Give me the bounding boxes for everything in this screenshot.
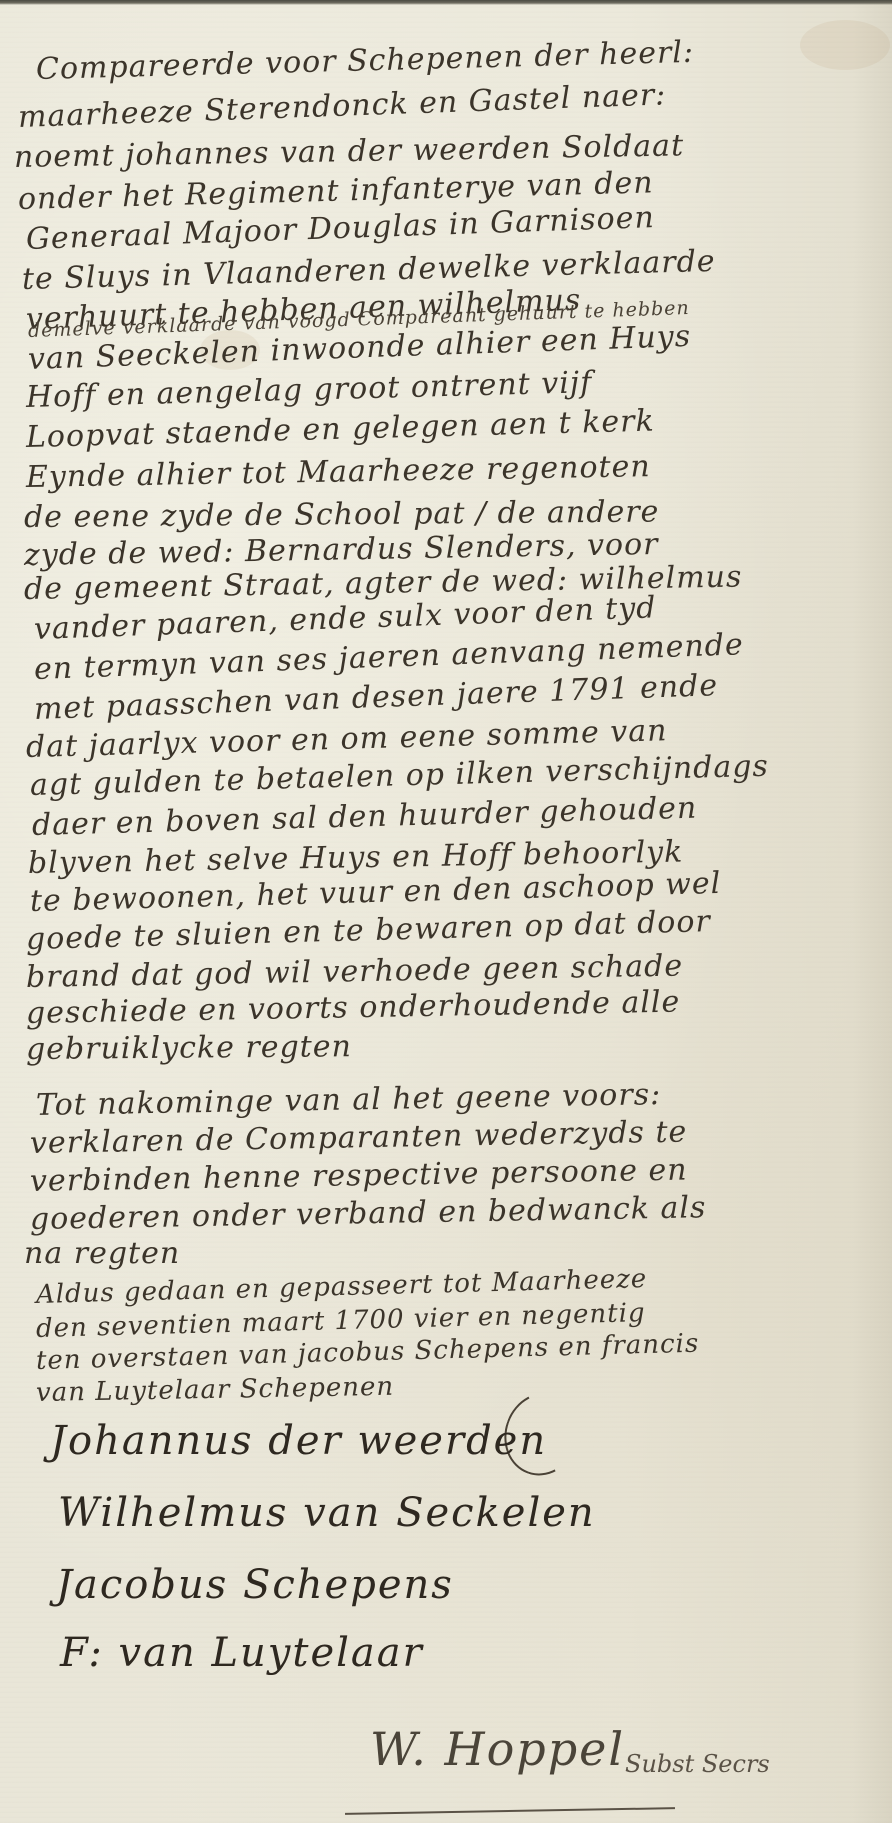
manuscript-page: Compareerde voor Schepenen der heerl: ma… — [0, 0, 892, 1823]
body-line-11: Eynde alhier tot Maarheeze regenoten — [26, 449, 651, 495]
signature-4: F: van Luytelaar — [60, 1630, 424, 1676]
clerk-title: Subst Secrs — [625, 1750, 770, 1778]
clerk-signature: W. Hoppel — [370, 1722, 625, 1776]
body-line-26: gebruiklycke regten — [26, 1029, 352, 1067]
body-line-2: maarheeze Sterendonck en Gastel naer: — [17, 77, 666, 135]
page-binding-shade — [852, 0, 892, 1823]
paper-stain — [800, 20, 890, 70]
execution-line-4: van Luytelaar Schepenen — [36, 1372, 395, 1408]
signature-2: Wilhelmus van Seckelen — [58, 1490, 596, 1536]
page-top-edge — [0, 0, 892, 5]
closing-line-5: na regten — [24, 1236, 180, 1271]
signature-3: Jacobus Schepens — [56, 1562, 454, 1608]
clerk-underline — [345, 1807, 675, 1815]
signature-1: Johannus der weerden — [50, 1418, 547, 1464]
